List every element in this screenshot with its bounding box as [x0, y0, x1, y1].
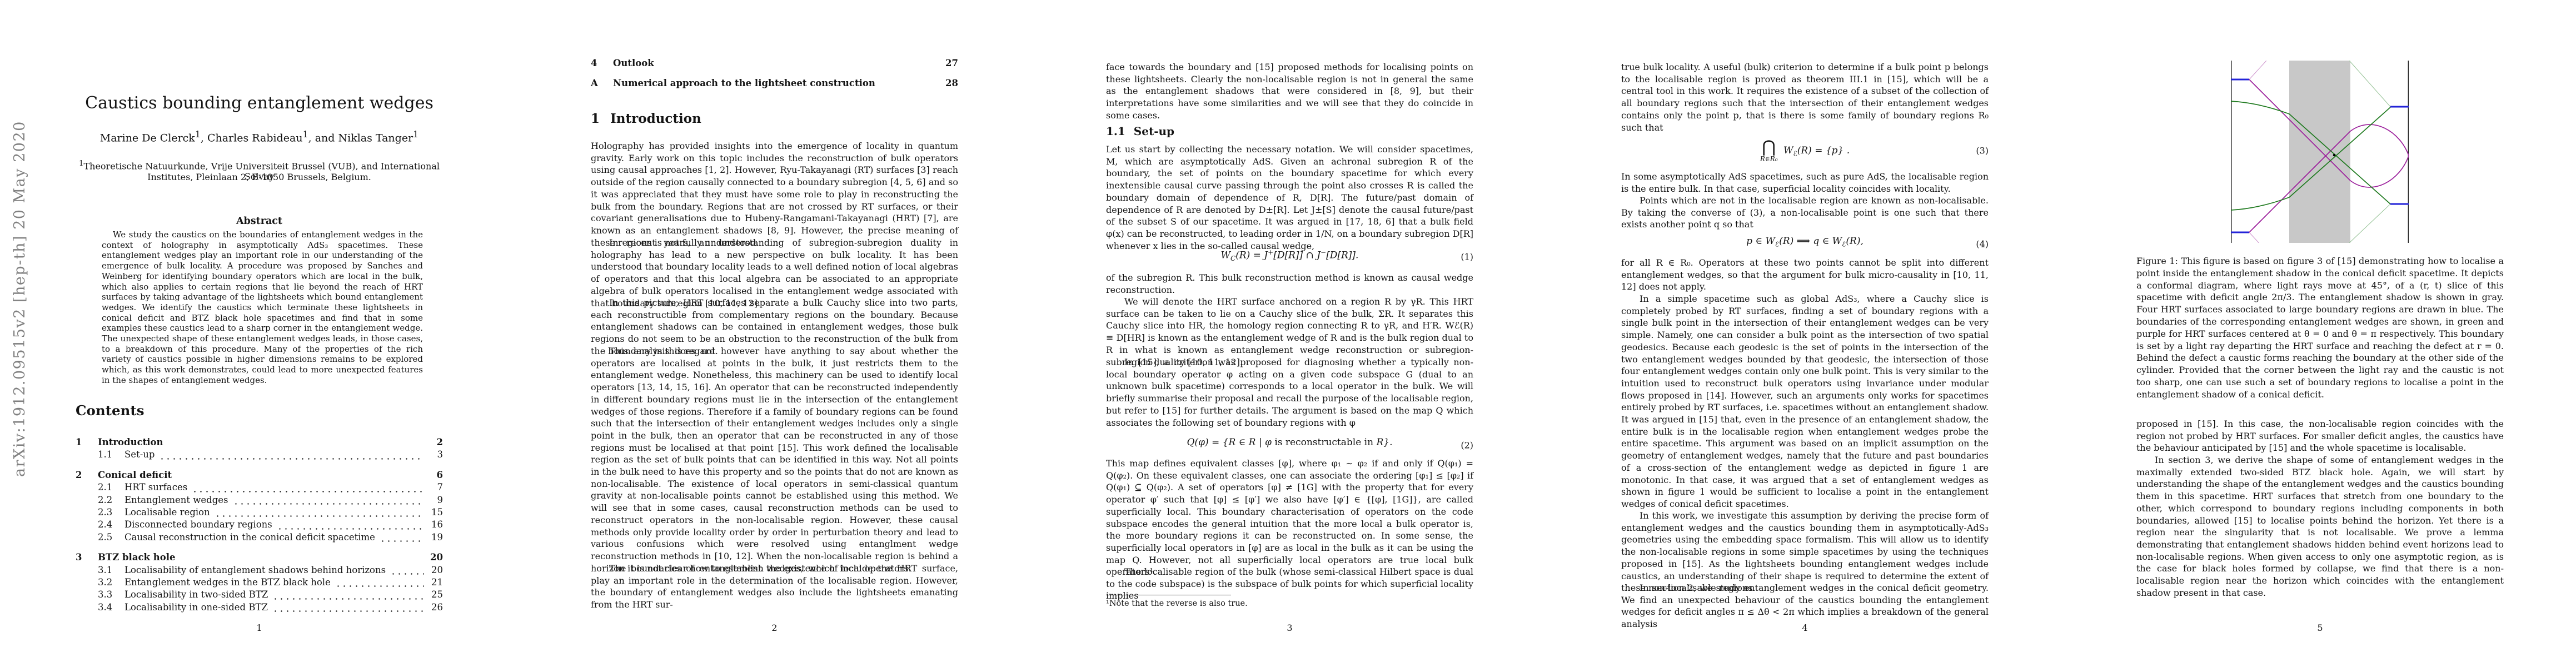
- math-text: (R) = {p} .: [1797, 145, 1850, 156]
- affiliation-line-2: Institutes, Pleinlaan 2, B-1050 Brussels…: [76, 172, 443, 182]
- equation-body: ⋂ R∈R₀ Wℰ(R) = {p} .: [1621, 139, 1989, 163]
- toc-row-outlook: 4 Outlook 27: [591, 58, 958, 70]
- light-ray-bottom-right: [2349, 204, 2390, 243]
- toc-row-btz-black-hole: 3 BTZ black hole 20: [76, 552, 443, 564]
- light-ray-top-left: [2249, 61, 2266, 79]
- paragraph: In some asymptotically AdS spacetimes, s…: [1621, 171, 1989, 195]
- paragraph: Let us start by collecting the necessary…: [1106, 143, 1473, 252]
- intersection-symbol: ⋂: [1762, 139, 1776, 156]
- toc-number: 2.3: [98, 507, 124, 517]
- page-4: true bulk locality. A useful (bulk) crit…: [1546, 0, 2061, 667]
- light-ray-top-right: [2349, 61, 2390, 107]
- toc-row-setup: 1.1 Set-up 3: [76, 449, 443, 461]
- page-number: 2: [591, 623, 958, 633]
- document-canvas: { "watermark": "arXiv:1912.09515v2 [hep-…: [0, 0, 2576, 667]
- page-5: Figure 1: This figure is based on figure…: [2061, 0, 2576, 667]
- toc-row-introduction: 1 Introduction 2: [76, 437, 443, 449]
- toc-dot-leader: [215, 514, 424, 517]
- toc-title: Localisability of entanglement shadows b…: [124, 565, 386, 575]
- section-title: Introduction: [610, 111, 701, 126]
- toc-title: Conical deficit: [98, 470, 172, 480]
- toc-number: 2.5: [98, 532, 124, 542]
- equation-number: (1): [1461, 252, 1473, 262]
- equation-number: (3): [1976, 146, 1989, 156]
- toc-title: Localisable region: [124, 507, 210, 517]
- paragraph: face towards the boundary and [15] propo…: [1106, 61, 1473, 122]
- toc-title: Localisability in one-sided BTZ: [124, 602, 268, 613]
- toc-title: Set-up: [124, 449, 155, 460]
- toc-number: 3: [76, 552, 98, 563]
- toc-page-number: 25: [428, 589, 443, 600]
- page-number: 5: [2136, 623, 2504, 633]
- author-name: Marine De Clerck: [100, 132, 195, 144]
- section-number: 1: [591, 111, 600, 126]
- toc-number: 3.3: [98, 589, 124, 600]
- math-text: R}.: [1373, 437, 1392, 448]
- equation-number: (2): [1461, 440, 1473, 451]
- page-number: 1: [76, 623, 443, 633]
- section-heading-introduction: 1 Introduction: [591, 111, 958, 126]
- page-3: face towards the boundary and [15] propo…: [1030, 0, 1546, 667]
- toc-number: 1: [76, 437, 98, 447]
- toc-title: Disconnected boundary regions: [124, 519, 272, 530]
- light-ray-bottom-left: [2249, 232, 2266, 243]
- arxiv-watermark: arXiv:1912.09515v2 [hep-th] 20 May 2020: [11, 121, 28, 477]
- equation-1: WC(R) = J+[D[R]] ∩ J−[D[R]]. (1): [1106, 248, 1473, 265]
- paragraph: This map defines equivalent classes [φ],…: [1106, 457, 1473, 578]
- toc-number: 2.1: [98, 482, 124, 492]
- paragraph: true bulk locality. A useful (bulk) crit…: [1621, 61, 1989, 133]
- entanglement-shadow-band: [2289, 61, 2350, 243]
- toc-page-number: 21: [428, 577, 443, 588]
- math-text: is reconstructable in: [1274, 437, 1373, 448]
- page-number: 4: [1621, 623, 1989, 633]
- toc-page-number: 26: [428, 602, 443, 613]
- toc-number: 2: [76, 470, 98, 480]
- toc-page-number: 20: [428, 565, 443, 575]
- toc-page-number: 15: [428, 507, 443, 517]
- equation-body: WC(R) = J+[D[R]] ∩ J−[D[R]].: [1106, 248, 1473, 262]
- math-sup: +: [1268, 248, 1273, 256]
- math-text: (R) ⟹ q ∈ W: [1779, 236, 1842, 247]
- footnote-rule: [1106, 595, 1231, 595]
- toc-dot-leader: [192, 490, 424, 493]
- toc-page-number: 9: [428, 495, 443, 505]
- toc-page-number: 28: [944, 78, 958, 88]
- math-text: (R),: [1846, 236, 1863, 247]
- toc-number: 4: [591, 58, 613, 68]
- toc-dot-leader: [277, 527, 424, 530]
- toc-dot-leader: [390, 572, 424, 575]
- math-text: W: [1221, 250, 1230, 261]
- toc-dot-leader: [272, 609, 424, 613]
- toc-page-number: 27: [944, 58, 958, 68]
- toc-title: Localisability in two-sided BTZ: [124, 589, 268, 600]
- equation-body: Q(φ) = {R ∈ R | φ is reconstructable in …: [1106, 437, 1473, 448]
- big-intersection-operator: ⋂ R∈R₀: [1760, 139, 1778, 163]
- toc-page-number: 19: [428, 532, 443, 542]
- toc-title: Numerical approach to the lightsheet con…: [613, 78, 875, 88]
- author-affil-mark: 1: [413, 129, 418, 140]
- toc-title: HRT surfaces: [124, 482, 187, 492]
- equation-2: Q(φ) = {R ∈ R | φ is reconstructable in …: [1106, 437, 1473, 454]
- author-affil-mark: 1: [303, 129, 308, 140]
- equation-number: (4): [1976, 239, 1989, 250]
- toc-number: 3.4: [98, 602, 124, 613]
- toc-page-number: 7: [428, 482, 443, 492]
- paragraph: In section 3, we derive the shape of som…: [2136, 454, 2504, 599]
- toc-row-disconnected-boundary-regions: 2.4 Disconnected boundary regions 16: [76, 519, 443, 531]
- subsection-number: 1.1: [1106, 125, 1125, 138]
- table-of-contents-continued: 4 Outlook 27 A Numerical approach to the…: [591, 58, 958, 91]
- paper-title: Caustics bounding entanglement wedges: [76, 93, 443, 113]
- toc-number: 2.4: [98, 519, 124, 530]
- contents-heading: Contents: [76, 402, 443, 419]
- figure-1: [2231, 61, 2409, 243]
- math-sup: −: [1321, 248, 1326, 256]
- author-name: , and Niklas Tanger: [308, 132, 413, 144]
- toc-number: 3.1: [98, 565, 124, 575]
- page-1: arXiv:1912.09515v2 [hep-th] 20 May 2020 …: [0, 0, 515, 667]
- subsection-title: Set-up: [1134, 125, 1174, 138]
- toc-number: 3.2: [98, 577, 124, 588]
- math-text: [D[R]] ∩ J: [1273, 250, 1321, 261]
- abstract-text: We study the caustics on the boundaries …: [102, 230, 423, 386]
- paragraph: Points which are not in the localisable …: [1621, 195, 1989, 231]
- paragraph: Holography has provided insights into th…: [591, 140, 958, 248]
- toc-dot-leader: [272, 597, 424, 600]
- equation-4: p ∈ Wℰ(R) ⟹ q ∈ Wℰ(R), (4): [1621, 236, 1989, 252]
- toc-title: Causal reconstruction in the conical def…: [124, 532, 375, 542]
- toc-page-number: 20: [428, 552, 443, 563]
- paragraph: for all R ∈ R₀. Operators at these two p…: [1621, 257, 1989, 293]
- toc-row-entanglement-wedges: 2.2 Entanglement wedges 9: [76, 495, 443, 507]
- toc-title: Entanglement wedges in the BTZ black hol…: [124, 577, 331, 588]
- toc-row-hrt-surfaces: 2.1 HRT surfaces 7: [76, 482, 443, 494]
- toc-title: BTZ black hole: [98, 552, 176, 563]
- toc-row-wedges-btz: 3.2 Entanglement wedges in the BTZ black…: [76, 577, 443, 589]
- toc-number: 1.1: [98, 449, 124, 460]
- toc-dot-leader: [159, 457, 424, 460]
- toc-row-localisability-shadows: 3.1 Localisability of entanglement shado…: [76, 565, 443, 577]
- author-affil-mark: 1: [195, 129, 201, 140]
- toc-row-conical-deficit: 2 Conical deficit 6: [76, 470, 443, 482]
- toc-page-number: 2: [428, 437, 443, 447]
- toc-row-one-sided-btz: 3.4 Localisability in one-sided BTZ 26: [76, 602, 443, 614]
- toc-row-numerical-appendix: A Numerical approach to the lightsheet c…: [591, 78, 958, 90]
- operator-limit: R∈R₀: [1760, 156, 1778, 163]
- math-text: p ∈ W: [1746, 236, 1775, 247]
- equation-body: p ∈ Wℰ(R) ⟹ q ∈ Wℰ(R),: [1621, 236, 1989, 248]
- equation-3: ⋂ R∈R₀ Wℰ(R) = {p} . (3): [1621, 136, 1989, 165]
- math-text: W: [1783, 145, 1793, 156]
- toc-row-localisable-region: 2.3 Localisable region 15: [76, 507, 443, 519]
- table-of-contents: 1 Introduction 2 1.1 Set-up 3 2 Conical …: [76, 429, 443, 614]
- toc-title: Introduction: [98, 437, 163, 447]
- authors-line: Marine De Clerck1, Charles Rabideau1, an…: [76, 129, 443, 144]
- toc-dot-leader: [233, 502, 424, 505]
- math-sub: C: [1230, 255, 1235, 262]
- toc-row-causal-reconstruction: 2.5 Causal reconstruction in the conical…: [76, 532, 443, 544]
- toc-row-two-sided-btz: 3.3 Localisability in two-sided BTZ 25: [76, 589, 443, 601]
- localised-point-dot: [2333, 154, 2336, 157]
- paragraph: of the subregion R. This bulk reconstruc…: [1106, 272, 1473, 296]
- paragraph: In a simple spacetime such as global AdS…: [1621, 293, 1989, 510]
- footnote: ¹Note that the reverse is also true.: [1106, 599, 1473, 608]
- paragraph: The localisable region of the bulk (whos…: [1106, 566, 1473, 602]
- toc-number: A: [591, 78, 613, 88]
- subsection-heading-setup: 1.1 Set-up: [1106, 125, 1473, 138]
- toc-dot-leader: [335, 584, 424, 588]
- paragraph: proposed in [15]. In this case, the non-…: [2136, 418, 2504, 454]
- figure-caption: Figure 1: This figure is based on figure…: [2136, 255, 2504, 401]
- math-text: [D[R]].: [1326, 250, 1358, 261]
- toc-title: Entanglement wedges: [124, 495, 228, 505]
- toc-title: Outlook: [613, 58, 654, 68]
- toc-page-number: 6: [428, 470, 443, 480]
- abstract-heading: Abstract: [76, 216, 443, 227]
- toc-page-number: 3: [428, 449, 443, 460]
- author-name: , Charles Rabideau: [201, 132, 303, 144]
- paragraph: This analysis does not however have anyt…: [591, 345, 958, 574]
- toc-page-number: 16: [428, 519, 443, 530]
- math-text: (R) = J: [1235, 250, 1268, 261]
- paragraph: In [15], a criterion was proposed for di…: [1106, 356, 1473, 429]
- math-sub: ℰ: [1793, 150, 1797, 157]
- page-2: 4 Outlook 27 A Numerical approach to the…: [515, 0, 1030, 667]
- toc-dot-leader: [380, 539, 424, 542]
- page-number: 3: [1106, 623, 1473, 633]
- math-text: Q(φ) = {R ∈ R | φ: [1187, 437, 1275, 448]
- paragraph: The boundaries of entanglement wedges, w…: [591, 563, 958, 611]
- toc-number: 2.2: [98, 495, 124, 505]
